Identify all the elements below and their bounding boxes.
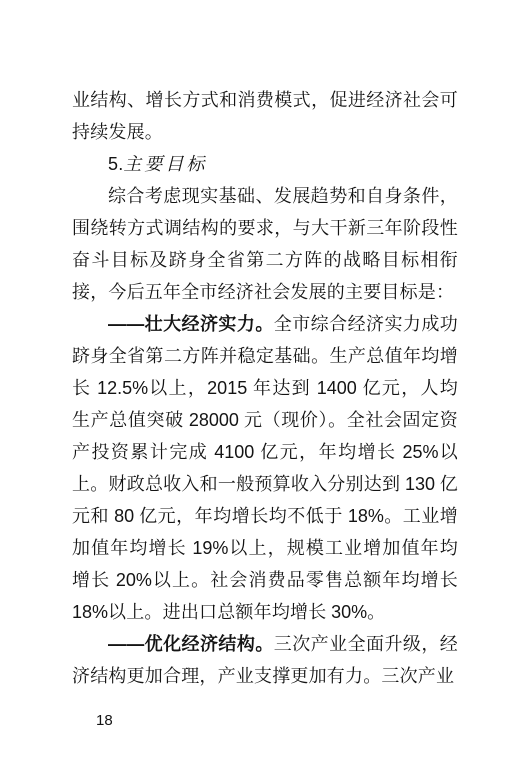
body-paragraph: ——优化经济结构。三次产业全面升级，经济结构更加合理，产业支撑更加有力。三次产业 bbox=[72, 628, 458, 692]
paragraph-text: 综合考虑现实基础、发展趋势和自身条件，围绕转方式调结构的要求，与大干新三年阶段性… bbox=[72, 186, 458, 302]
document-page: 业结构、增长方式和消费模式，促进经济社会可持续发展。 5.主要目标 综合考虑现实… bbox=[0, 0, 529, 774]
body-paragraph: ——壮大经济实力。全市综合经济实力成功跻身全省第二方阵并稳定基础。生产总值年均增… bbox=[72, 308, 458, 628]
paragraph-text: 业结构、增长方式和消费模式，促进经济社会可持续发展。 bbox=[72, 90, 458, 142]
section-heading-number: 5. bbox=[108, 154, 123, 174]
body-paragraph: 业结构、增长方式和消费模式，促进经济社会可持续发展。 bbox=[72, 84, 458, 148]
section-heading-title: 主要目标 bbox=[123, 154, 207, 174]
body-paragraph: 综合考虑现实基础、发展趋势和自身条件，围绕转方式调结构的要求，与大干新三年阶段性… bbox=[72, 180, 458, 308]
section-heading: 5.主要目标 bbox=[72, 148, 458, 180]
paragraph-lead: ——优化经济结构。 bbox=[108, 634, 274, 654]
paragraph-text: 全市综合经济实力成功跻身全省第二方阵并稳定基础。生产总值年均增长 12.5%以上… bbox=[72, 314, 458, 622]
paragraph-lead: ——壮大经济实力。 bbox=[108, 314, 274, 334]
page-number: 18 bbox=[96, 710, 113, 732]
page-content: 业结构、增长方式和消费模式，促进经济社会可持续发展。 5.主要目标 综合考虑现实… bbox=[72, 84, 458, 692]
